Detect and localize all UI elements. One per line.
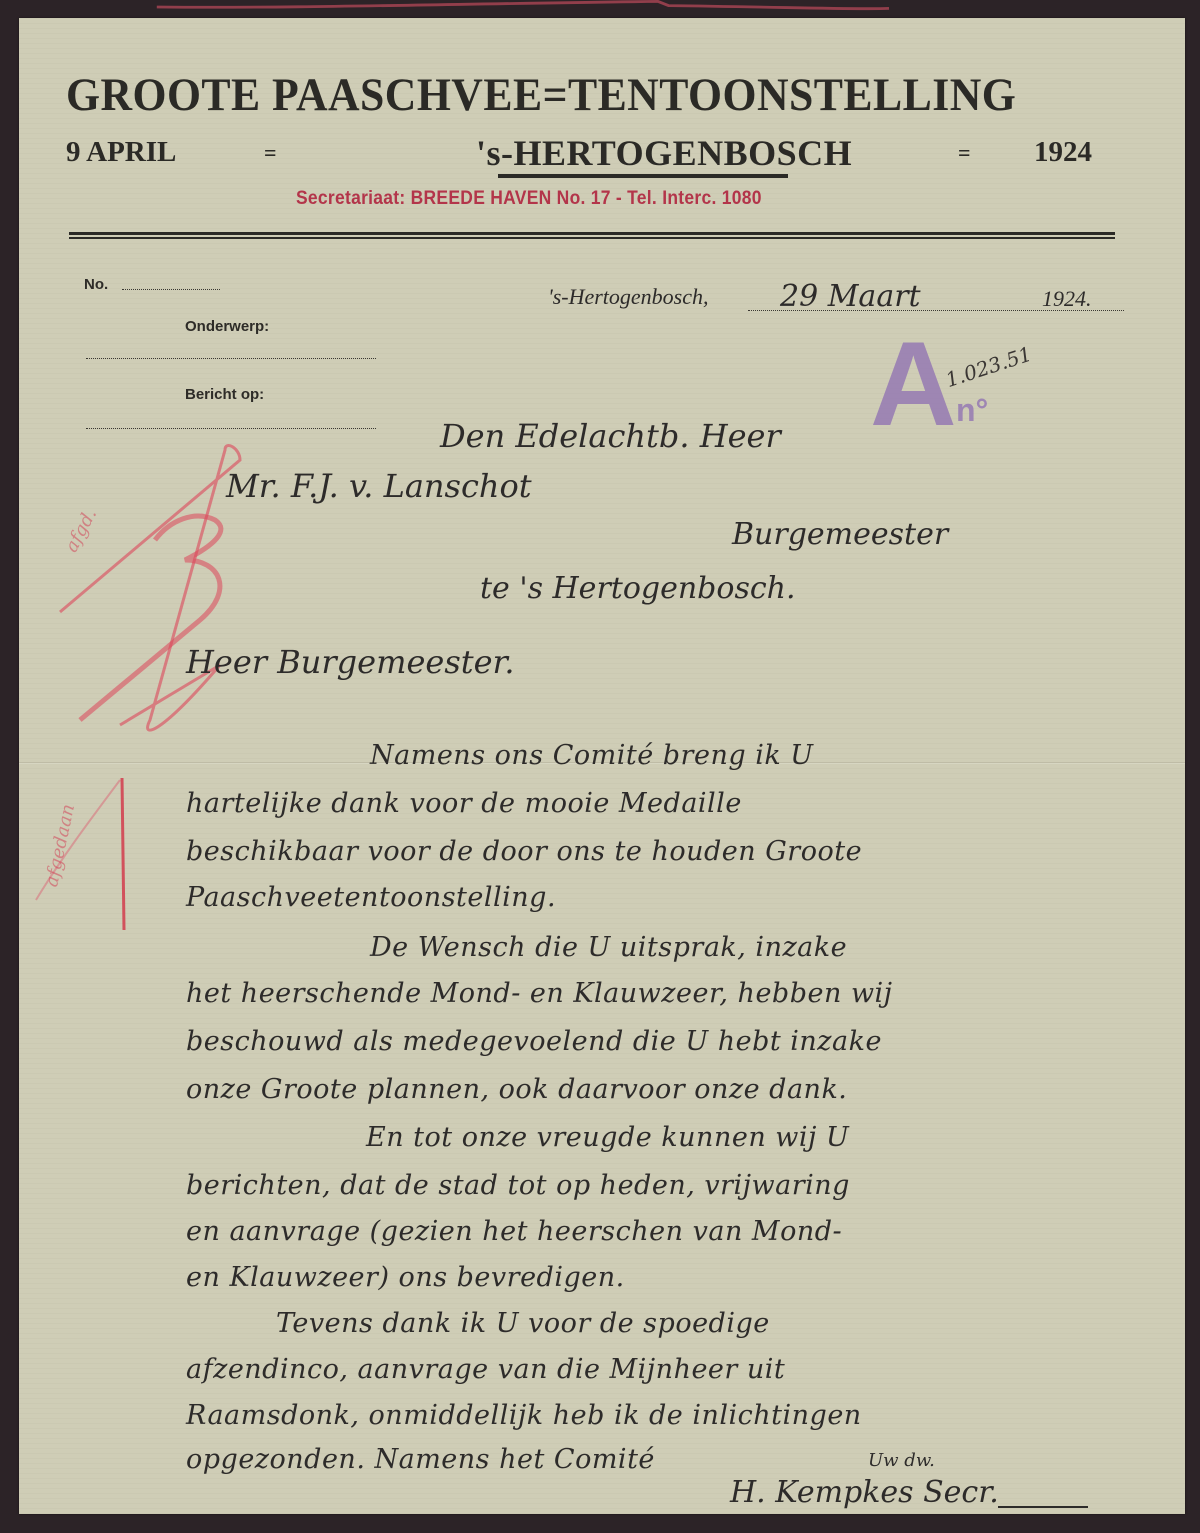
registry-stamp: A n° [870, 324, 1020, 444]
body-line: onze Groote plannen, ook daarvoor onze d… [186, 1076, 847, 1103]
dateline-year: 1924. [1042, 286, 1092, 312]
separator: = [958, 140, 971, 166]
city-underline [498, 174, 788, 178]
body-line: Paaschveetentoonstelling. [186, 884, 556, 911]
body-line: En tot onze vreugde kunnen wij U [366, 1124, 849, 1151]
body-line: hartelijke dank voor de mooie Medaille [186, 790, 742, 817]
address-line-4: te 's Hertogenbosch. [480, 574, 796, 604]
red-vertical-mark [122, 778, 124, 930]
body-line: De Wensch die U uitsprak, inzake [370, 934, 847, 961]
body-line: beschikbaar voor de door ons te houden G… [186, 838, 862, 865]
exhibition-city: 's-HERTOGENBOSCH [476, 132, 852, 174]
closing: Uw dw. [868, 1452, 935, 1470]
body-line: het heerschende Mond- en Klauwzeer, hebb… [186, 980, 893, 1007]
red-slash-mark [60, 445, 240, 730]
body-line: Namens ons Comité breng ik U [370, 742, 814, 769]
salutation: Heer Burgemeester. [186, 646, 514, 678]
stamp-number-mark: n° [956, 392, 988, 429]
signature-underline [998, 1506, 1088, 1508]
body-line: berichten, dat de stad tot op heden, vri… [186, 1172, 850, 1199]
body-line: opgezonden. Namens het Comité [186, 1446, 655, 1473]
address-line-1: Den Edelachtb. Heer [440, 420, 781, 452]
dateline-day-month: 29 Maart [780, 282, 921, 312]
stamp-letter: A [870, 324, 957, 444]
body-line: Raamsdonk, onmiddellijk heb ik de inlich… [186, 1402, 862, 1429]
exhibition-year: 1924 [1034, 136, 1092, 169]
body-line: afzendinco, aanvrage van die Mijnheer ui… [186, 1356, 785, 1383]
address-line-3: Burgemeester [732, 520, 948, 550]
body-line: en Klauwzeer) ons bevredigen. [186, 1264, 625, 1291]
address-line-2: Mr. F.J. v. Lanschot [226, 470, 532, 502]
body-line: beschouwd als medegevoelend die U hebt i… [186, 1028, 882, 1055]
signature: H. Kempkes Secr. [730, 1478, 999, 1508]
body-line: en aanvrage (gezien het heerschen van Mo… [186, 1218, 842, 1245]
dateline-place: 's-Hertogenbosch, [548, 284, 709, 310]
body-line: Tevens dank ik U voor de spoedige [276, 1310, 770, 1337]
